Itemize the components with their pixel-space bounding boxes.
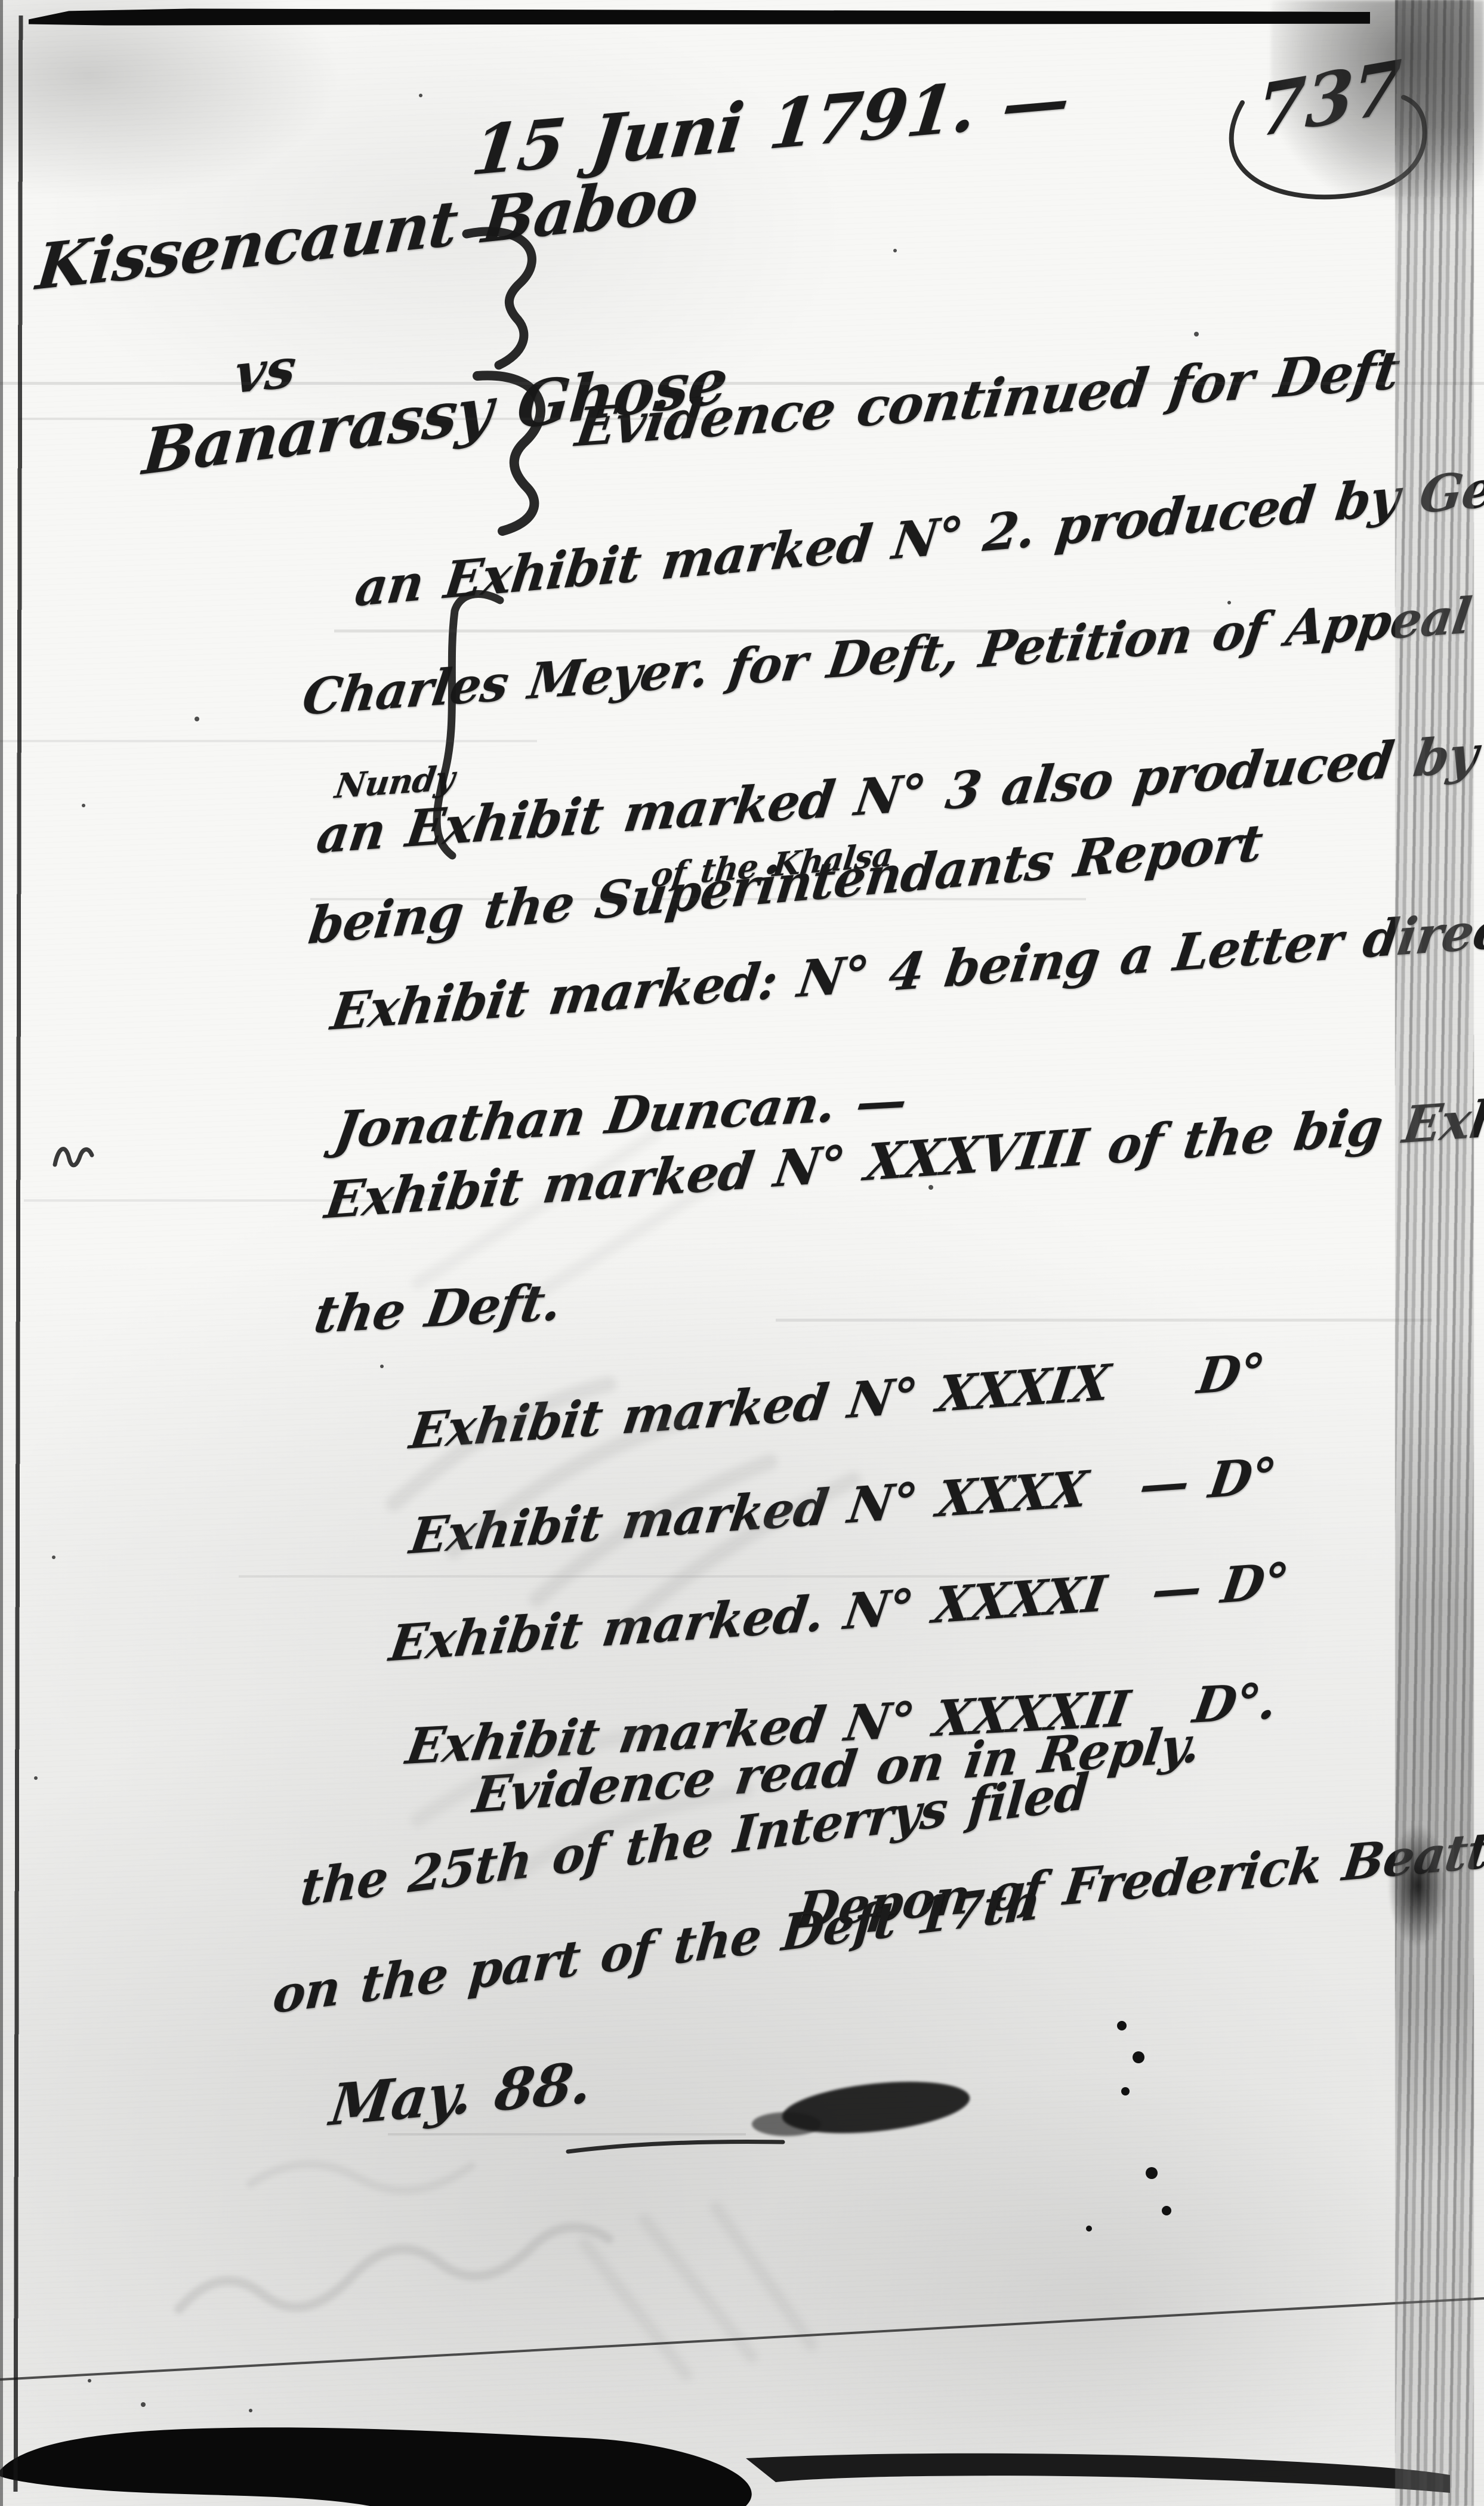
body-line-exhibit38-2: the Deft. <box>311 1277 564 1340</box>
ink-spatter <box>1086 2021 1171 2232</box>
ink-blot-small <box>752 2112 821 2136</box>
scan-edge-top <box>29 6 1370 31</box>
ditto-mark: D° <box>1195 1347 1267 1402</box>
margin-mark <box>55 1149 92 1165</box>
scan-edge-left-line <box>14 16 23 2492</box>
closing-date: May. 88. <box>327 2054 594 2134</box>
book-gutter-edge <box>1395 0 1474 2506</box>
closing-dash <box>568 2142 783 2152</box>
ghost-writing <box>179 2227 609 2309</box>
ghost-writing <box>585 2208 812 2375</box>
crease-line <box>0 2298 1484 2380</box>
scan-edge-left-outer <box>0 0 3 2506</box>
ghost-writing <box>251 2164 471 2190</box>
date-line: 15 Juni 1791. — <box>468 66 1073 186</box>
versus-label: vs <box>232 341 298 402</box>
manuscript-page: 737 15 Juni 1791. — Kissencaunt Baboo vs… <box>0 0 1484 2506</box>
ditto-mark: — D° <box>1137 1451 1279 1510</box>
scan-edge-bottom <box>0 2427 1450 2506</box>
body-line-exhibit2-1: an Exhibit marked N° 2. produced by Geor… <box>353 452 1484 613</box>
ditto-mark: D°. <box>1190 1677 1280 1730</box>
body-line-exhibit3-1: an Exhibit marked N° 3 also produced by … <box>314 715 1484 861</box>
plaintiff-name: Kissencaunt Baboo <box>33 166 701 299</box>
ditto-mark: — D° <box>1149 1556 1291 1615</box>
gutter-ink-stain <box>1388 1825 1448 1947</box>
ink-blot <box>780 2074 973 2141</box>
